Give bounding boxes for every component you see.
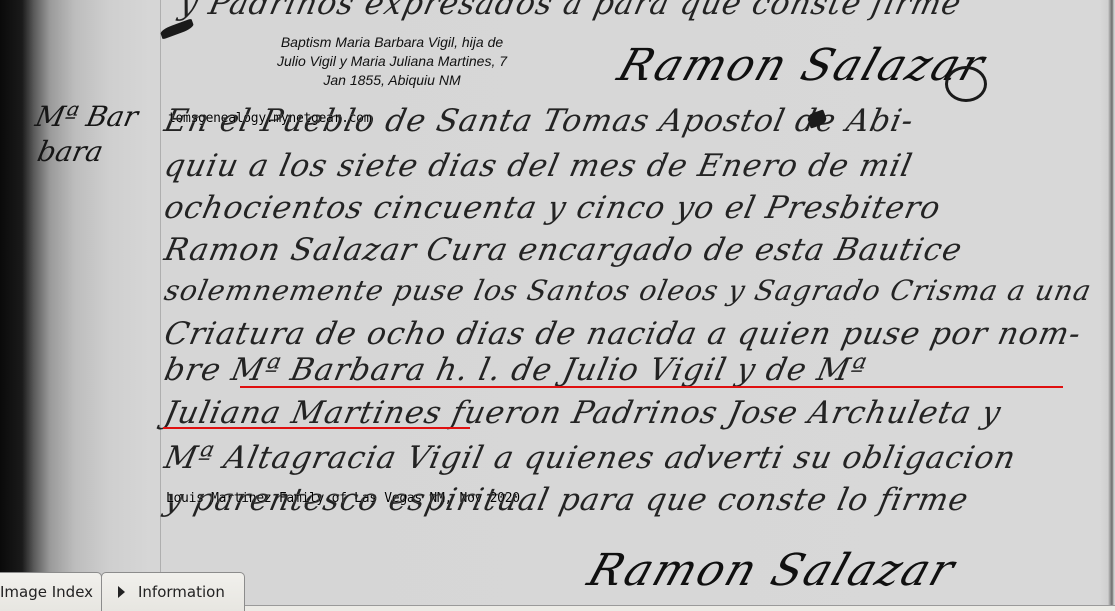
handwriting-line: Juliana Martines fueron Padrinos Jose Ar…	[161, 395, 1004, 431]
caption-line: Julio Vigil y Maria Juliana Martines, 7	[247, 52, 537, 71]
handwriting-line: bre Mª Barbara h. l. de Julio Vigil y de…	[161, 352, 870, 388]
caption-line: Baptism Maria Barbara Vigil, hija de	[247, 33, 537, 52]
highlight-underline-mother	[163, 427, 470, 429]
watermark-family: Louis Martinez Family of Las Vegas NM, N…	[166, 491, 520, 506]
handwriting-line: y Padrinos expresados a para que conste …	[176, 0, 965, 22]
tab-image-index[interactable]: Image Index	[0, 572, 102, 611]
signature-flourish	[945, 66, 987, 102]
handwriting-line: Criatura de ocho dias de nacida a quien …	[161, 316, 1084, 352]
tab-information-label: Information	[138, 583, 225, 601]
tab-image-index-label: Image Index	[0, 583, 93, 601]
handwriting-line: ochocientos cincuenta y cinco yo el Pres…	[161, 190, 944, 226]
signature-top: Ramon Salazar	[612, 40, 993, 91]
document-image-viewer[interactable]: y Padrinos expresados a para que conste …	[0, 0, 1115, 605]
tab-information[interactable]: Information	[101, 572, 245, 611]
handwriting-line: Mª Altagracia Vigil a quienes adverti su…	[161, 440, 1019, 476]
handwriting-line: Ramon Salazar Cura encargado de esta Bau…	[161, 232, 966, 268]
handwriting-line: quiu a los siete dias del mes de Enero d…	[161, 148, 916, 184]
margin-note-line: Mª Bar	[32, 100, 141, 133]
margin-note-line: bara	[34, 135, 106, 168]
triangle-right-icon	[118, 586, 125, 598]
signature-bottom: Ramon Salazar	[582, 545, 963, 596]
caption-line: Jan 1855, Abiquiu NM	[247, 71, 537, 90]
watermark-site: tomsgenealogy.mynetgear.com	[168, 111, 371, 126]
handwriting-line: solemnemente puse los Santos oleos y Sag…	[161, 274, 1094, 307]
image-caption: Baptism Maria Barbara Vigil, hija de Jul…	[247, 33, 537, 90]
highlight-underline-name	[240, 386, 1063, 388]
